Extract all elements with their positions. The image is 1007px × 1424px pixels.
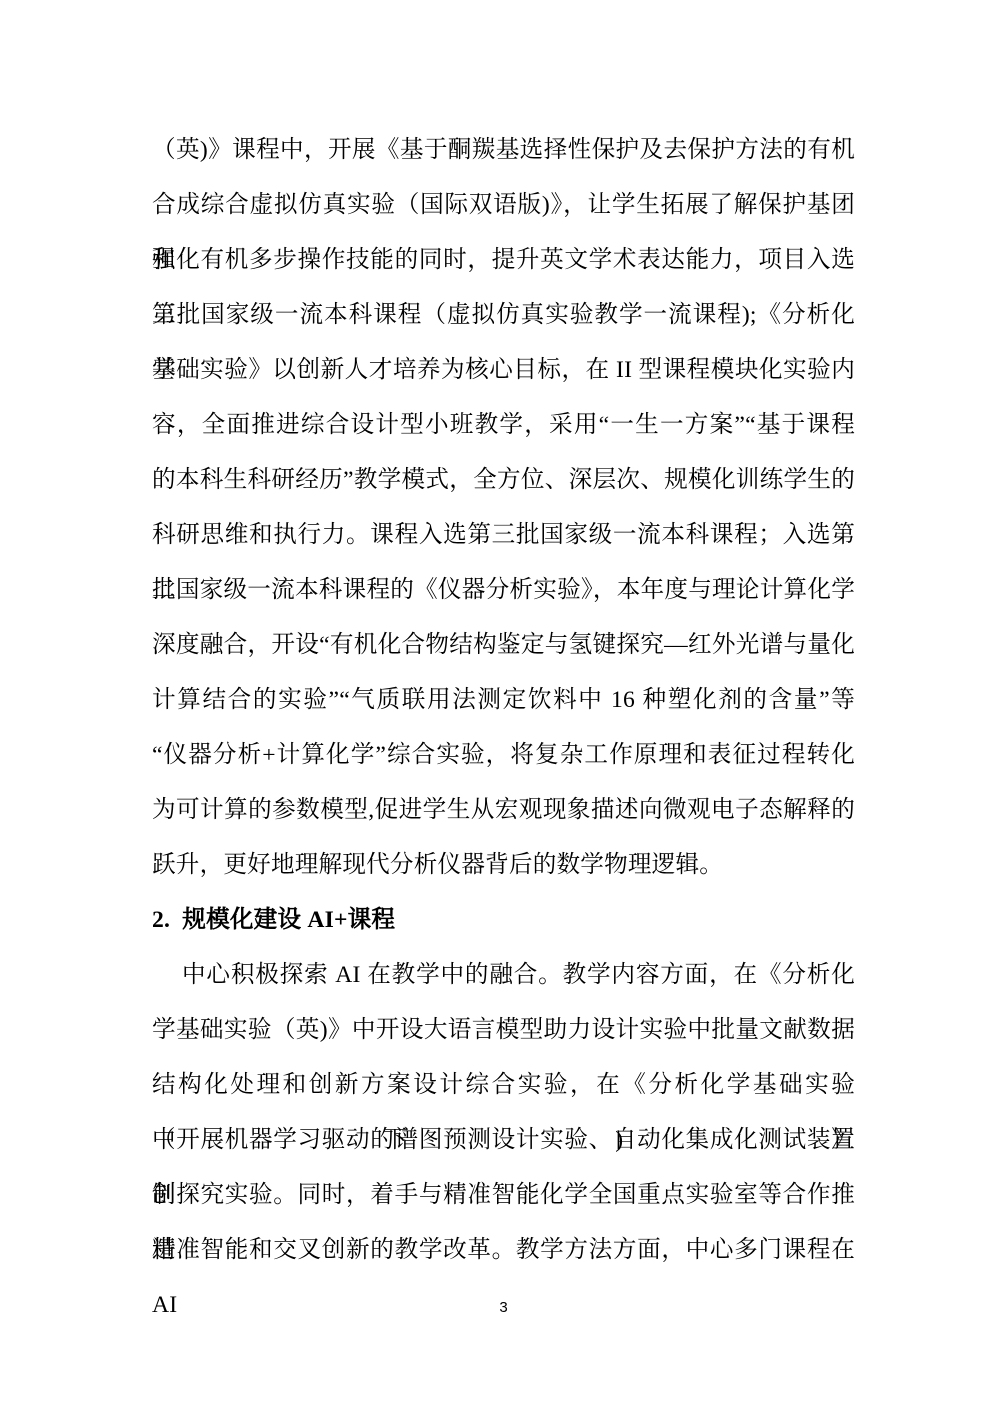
- text-line: 科研思维和执行力。课程入选第三批国家级一流本科课程；入选第二: [152, 508, 855, 563]
- text-line: 强化有机多步操作技能的同时，提升英文学术表达能力，项目入选第: [152, 233, 855, 288]
- section-heading: 2. 规模化建设 AI+课程: [152, 893, 855, 948]
- text-line: 学基础实验（英)》中开设大语言模型助力设计实验中批量文献数据: [152, 1003, 855, 1058]
- text-line: 中开展机器学习驱动的谱图预测设计实验、自动化集成化测试装置创: [152, 1113, 855, 1168]
- text-line: 基础实验》以创新人才培养为核心目标，在 II 型课程模块化实验内: [152, 343, 855, 398]
- text-line: 三批国家级一流本科课程（虚拟仿真实验教学一流课程);《分析化学: [152, 288, 855, 343]
- text-line: 深度融合，开设“有机化合物结构鉴定与氢键探究—红外光谱与量化: [152, 618, 855, 673]
- text-line: 容，全面推进综合设计型小班教学，采用“一生一方案”“基于课程: [152, 398, 855, 453]
- text-line: 合成综合虚拟仿真实验（国际双语版)》，让学生拓展了解保护基团和: [152, 178, 855, 233]
- text-line: 制探究实验。同时，着手与精准智能化学全国重点实验室等合作推进: [152, 1168, 855, 1223]
- text-line: （英)》课程中，开展《基于酮羰基选择性保护及去保护方法的有机: [152, 123, 855, 178]
- text-line: 的本科生科研经历”教学模式，全方位、深层次、规模化训练学生的: [152, 453, 855, 508]
- text-line: 中心积极探索 AI 在教学中的融合。教学内容方面，在《分析化: [152, 948, 855, 1003]
- text-line: 批国家级一流本科课程的《仪器分析实验》，本年度与理论计算化学: [152, 563, 855, 618]
- text-line: 精准智能和交叉创新的教学改革。教学方法方面，中心多门课程在 AI: [152, 1223, 855, 1278]
- text-block: （英)》课程中，开展《基于酮羰基选择性保护及去保护方法的有机合成综合虚拟仿真实验…: [152, 123, 855, 1278]
- text-line: 结构化处理和创新方案设计综合实验，在《分析化学基础实验（下)》: [152, 1058, 855, 1113]
- text-line: 跃升，更好地理解现代分析仪器背后的数学物理逻辑。: [152, 838, 855, 893]
- page-number: 3: [0, 1298, 1007, 1318]
- document-page: （英)》课程中，开展《基于酮羰基选择性保护及去保护方法的有机合成综合虚拟仿真实验…: [0, 0, 1007, 1424]
- text-line: 计算结合的实验”“气质联用法测定饮料中 16 种塑化剂的含量”等: [152, 673, 855, 728]
- text-line: 为可计算的参数模型,促进学生从宏观现象描述向微观电子态解释的: [152, 783, 855, 838]
- text-line: “仪器分析+计算化学”综合实验，将复杂工作原理和表征过程转化: [152, 728, 855, 783]
